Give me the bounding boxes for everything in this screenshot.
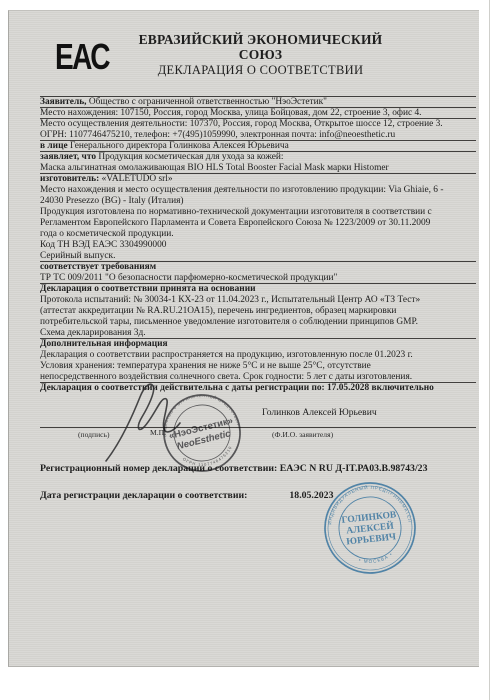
doc-line-bold: в лице [40, 141, 68, 151]
doc-line-text: Схема декларирования 3д. [40, 328, 146, 338]
personal-stamp: ИНДИВИДУАЛЬНЫЙ ПРЕДПРИНИМАТЕЛЬ • МОСКВА … [310, 468, 431, 589]
doc-line: Код ТН ВЭД ЕАЭС 3304990000 [40, 240, 476, 251]
doc-line-bold: Дополнительная информация [40, 339, 168, 349]
registration-number-label: Регистрационный номер декларации о соотв… [40, 463, 277, 474]
doc-line: 24030 Presezzo (BG) - Italy (Италия) [40, 196, 476, 207]
doc-line-text: ТР ТС 009/2011 "О безопасности парфюмерн… [40, 273, 337, 283]
doc-line-bold: изготовитель: [40, 174, 99, 184]
doc-line-bold: Заявитель, [40, 97, 87, 107]
sign-caption: (подпись) [78, 430, 110, 439]
doc-line: Регламентом Европейского Парламента и Со… [40, 218, 476, 229]
doc-line-text: ОГРН: 1107746475210, телефон: +7(495)105… [40, 130, 395, 140]
doc-line-text: Код ТН ВЭД ЕАЭС 3304990000 [40, 240, 166, 250]
doc-line-text: Общество с ограниченной ответственностью… [87, 97, 327, 107]
doc-line-text: (аттестат аккредитации № RA.RU.21ОА15), … [40, 306, 396, 316]
doc-line-bold: соответствует требованиям [40, 262, 156, 272]
doc-line: (аттестат аккредитации № RA.RU.21ОА15), … [40, 306, 476, 317]
doc-line-text: 24030 Presezzo (BG) - Italy (Италия) [40, 196, 184, 206]
doc-line: Декларация о соответствии распространяет… [40, 350, 476, 361]
fio-caption: (Ф.И.О. заявителя) [272, 430, 333, 439]
doc-line: Протокола испытаний: № 30034-1 КХ-23 от … [40, 295, 476, 306]
scan-edge [489, 0, 490, 700]
doc-line-text: Регламентом Европейского Парламента и Со… [40, 218, 430, 228]
doc-line-text: Продукция косметическая для ухода за кож… [96, 152, 283, 162]
doc-line-text: Продукция изготовлена по нормативно-техн… [40, 207, 432, 217]
doc-line: ТР ТС 009/2011 "О безопасности парфюмерн… [40, 273, 476, 284]
eac-logo-icon: ЕАС [55, 38, 102, 78]
doc-line-text: «VALETUDO srl» [99, 174, 172, 184]
applicant-name: Голинков Алексей Юрьевич [262, 407, 377, 418]
doc-line-text: года о косметической продукции. [40, 229, 174, 239]
doc-line: ОГРН: 1107746475210, телефон: +7(495)105… [40, 130, 476, 141]
doc-line-text: Декларация о соответствии распространяет… [40, 350, 413, 360]
doc-line: Заявитель, Общество с ограниченной ответ… [40, 97, 476, 108]
doc-line: Серийный выпуск. [40, 251, 476, 262]
document-header: ЕВРАЗИЙСКИЙ ЭКОНОМИЧЕСКИЙ СОЮЗ ДЕКЛАРАЦИ… [118, 32, 403, 78]
doc-line: года о косметической продукции. [40, 229, 476, 240]
union-title: ЕВРАЗИЙСКИЙ ЭКОНОМИЧЕСКИЙ СОЮЗ [118, 32, 403, 62]
doc-line: Условия хранения: температура хранения н… [40, 361, 476, 372]
doc-line-text: Серийный выпуск. [40, 251, 115, 261]
doc-line: Дополнительная информация [40, 339, 476, 350]
doc-line: в лице Генерального директора Голинкова … [40, 141, 476, 152]
doc-line-text: Генерального директора Голинкова Алексея… [68, 141, 289, 151]
doc-line: Место нахождения и место осуществления д… [40, 185, 476, 196]
doc-line: Место нахождения: 107150, Россия, город … [40, 108, 476, 119]
doc-line-text: Место нахождения: 107150, Россия, город … [40, 108, 422, 118]
registration-date-label: Дата регистрации декларации о соответств… [40, 490, 247, 501]
doc-line: заявляет, что Продукция косметическая дл… [40, 152, 476, 163]
doc-line: Схема декларирования 3д. [40, 328, 476, 339]
doc-line: соответствует требованиям [40, 262, 476, 273]
doc-line: изготовитель: «VALETUDO srl» [40, 174, 476, 185]
doc-line-text: Маска альгинатная омолаживающая BIO HLS … [40, 163, 389, 173]
doc-line: Декларация о соответствии принята на осн… [40, 284, 476, 295]
doc-line-bold: заявляет, что [40, 152, 96, 162]
document-rows: Заявитель, Общество с ограниченной ответ… [40, 96, 476, 394]
doc-line-text: Место нахождения и место осуществления д… [40, 185, 443, 195]
doc-line: Маска альгинатная омолаживающая BIO HLS … [40, 163, 476, 174]
doc-line: Место осуществления деятельности: 107370… [40, 119, 476, 130]
doc-line-text: Протокола испытаний: № 30034-1 КХ-23 от … [40, 295, 420, 305]
doc-line-bold: Декларация о соответствии принята на осн… [40, 284, 256, 294]
doc-line-text: потребительской тары, письменное уведомл… [40, 317, 418, 327]
doc-line-text: Место осуществления деятельности: 107370… [40, 119, 443, 129]
doc-line: потребительской тары, письменное уведомл… [40, 317, 476, 328]
declaration-title: ДЕКЛАРАЦИЯ О СООТВЕТСТВИИ [118, 63, 403, 78]
doc-line: Продукция изготовлена по нормативно-техн… [40, 207, 476, 218]
